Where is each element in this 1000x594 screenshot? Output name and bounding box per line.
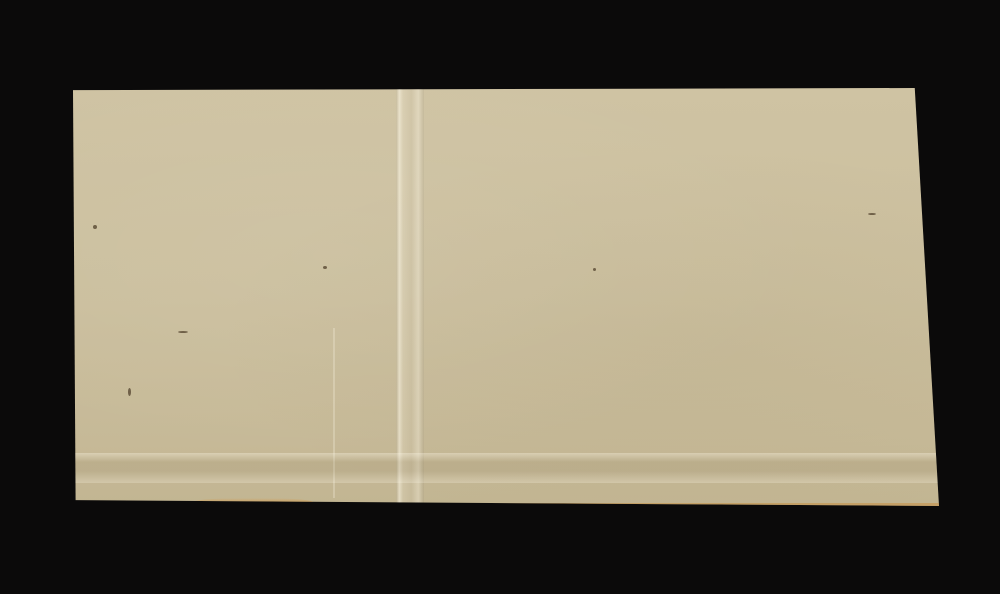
edge-stain	[193, 498, 313, 506]
black-background	[0, 0, 1000, 594]
horizontal-crease	[73, 453, 939, 483]
speck	[323, 266, 327, 269]
speck	[93, 225, 97, 229]
vertical-fold-line	[396, 88, 424, 506]
bottom-edge	[73, 503, 939, 506]
speck	[178, 331, 188, 333]
speck	[128, 388, 131, 396]
speck	[593, 268, 596, 271]
speck	[868, 213, 876, 215]
paper-fragment	[73, 88, 939, 506]
